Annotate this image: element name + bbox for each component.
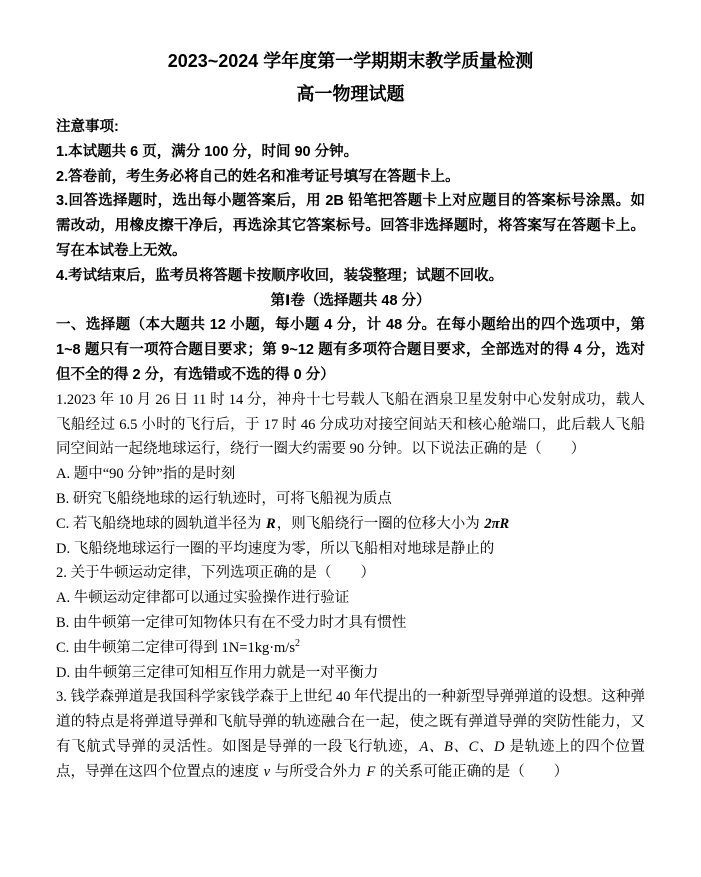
circumference-expression: 2πR bbox=[483, 516, 510, 532]
notice-item-2: 2.答卷前，考生务必将自己的姓名和准考证号填写在答题卡上。 bbox=[56, 165, 645, 190]
question-2-option-c: C. 由牛顿第二定律可得到 1N=1kg·m/s2 bbox=[56, 636, 645, 661]
question-2-option-b: B. 由牛顿第一定律可知物体只有在不受力时才具有惯性 bbox=[56, 611, 645, 636]
notice-item-3: 3.回答选择题时，选出每小题答案后，用 2B 铅笔把答题卡上对应题目的答案标号涂… bbox=[56, 189, 645, 263]
exam-title: 2023~2024 学年度第一学期期末教学质量检测 bbox=[56, 50, 645, 72]
question-1-option-b: B. 研究飞船绕地球的运行轨迹时，可将飞船视为质点 bbox=[56, 487, 645, 512]
stem-text: 的关系可能正确的是（ ） bbox=[376, 764, 568, 780]
question-2-option-a: A. 牛顿运动定律都可以通过实验操作进行验证 bbox=[56, 586, 645, 611]
radius-variable: R bbox=[265, 516, 277, 532]
notice-item-4: 4.考试结束后，监考员将答题卡按顺序收回，装袋整理；试题不回收。 bbox=[56, 264, 645, 289]
question-1-stem: 1.2023 年 10 月 26 日 11 时 14 分，神舟十七号载人飞船在酒… bbox=[56, 388, 645, 462]
formula-exponent: 2 bbox=[295, 638, 300, 649]
newton-unit-formula: 1N=1kg·m/s bbox=[222, 640, 295, 656]
question-2-stem: 2. 关于牛顿运动定律，下列选项正确的是（ ） bbox=[56, 561, 645, 586]
option-c-text: C. 由牛顿第二定律可得到 bbox=[56, 640, 222, 656]
question-3-stem: 3. 钱学森弹道是我国科学家钱学森于上世纪 40 年代提出的一种新型导弹弹道的设… bbox=[56, 685, 645, 784]
notice-heading: 注意事项: bbox=[56, 115, 645, 140]
question-2-option-d: D. 由牛顿第三定律可知相互作用力就是一对平衡力 bbox=[56, 661, 645, 686]
question-1-option-a: A. 题中“90 分钟”指的是时刻 bbox=[56, 462, 645, 487]
notice-section: 注意事项: 1.本试题共 6 页，满分 100 分，时间 90 分钟。 2.答卷… bbox=[56, 115, 645, 289]
trajectory-points-variables: A、B、C、D bbox=[418, 739, 505, 755]
question-3: 3. 钱学森弹道是我国科学家钱学森于上世纪 40 年代提出的一种新型导弹弹道的设… bbox=[56, 685, 645, 784]
stem-text: 与所受合外力 bbox=[271, 764, 365, 780]
notice-item-1: 1.本试题共 6 页，满分 100 分，时间 90 分钟。 bbox=[56, 140, 645, 165]
option-c-text: C. 若飞船绕地球的圆轨道半径为 bbox=[56, 516, 265, 532]
section-1-heading: 第Ⅰ卷（选择题共 48 分） bbox=[56, 289, 645, 314]
multiple-choice-instructions: 一、选择题（本大题共 12 小题，每小题 4 分，计 48 分。在每小题给出的四… bbox=[56, 313, 645, 387]
option-c-text: ，则飞船绕行一圈的位移大小为 bbox=[277, 516, 484, 532]
question-1-option-d: D. 飞船绕地球运行一圈的平均速度为零，所以飞船相对地球是静止的 bbox=[56, 537, 645, 562]
velocity-variable: v bbox=[263, 764, 271, 780]
force-variable: F bbox=[365, 764, 376, 780]
question-2: 2. 关于牛顿运动定律，下列选项正确的是（ ） A. 牛顿运动定律都可以通过实验… bbox=[56, 561, 645, 685]
question-1-option-c: C. 若飞船绕地球的圆轨道半径为 R，则飞船绕行一圈的位移大小为 2πR bbox=[56, 512, 645, 537]
question-1: 1.2023 年 10 月 26 日 11 时 14 分，神舟十七号载人飞船在酒… bbox=[56, 388, 645, 562]
exam-paper-page: 2023~2024 学年度第一学期期末教学质量检测 高一物理试题 注意事项: 1… bbox=[0, 0, 701, 877]
exam-subtitle: 高一物理试题 bbox=[56, 83, 645, 105]
